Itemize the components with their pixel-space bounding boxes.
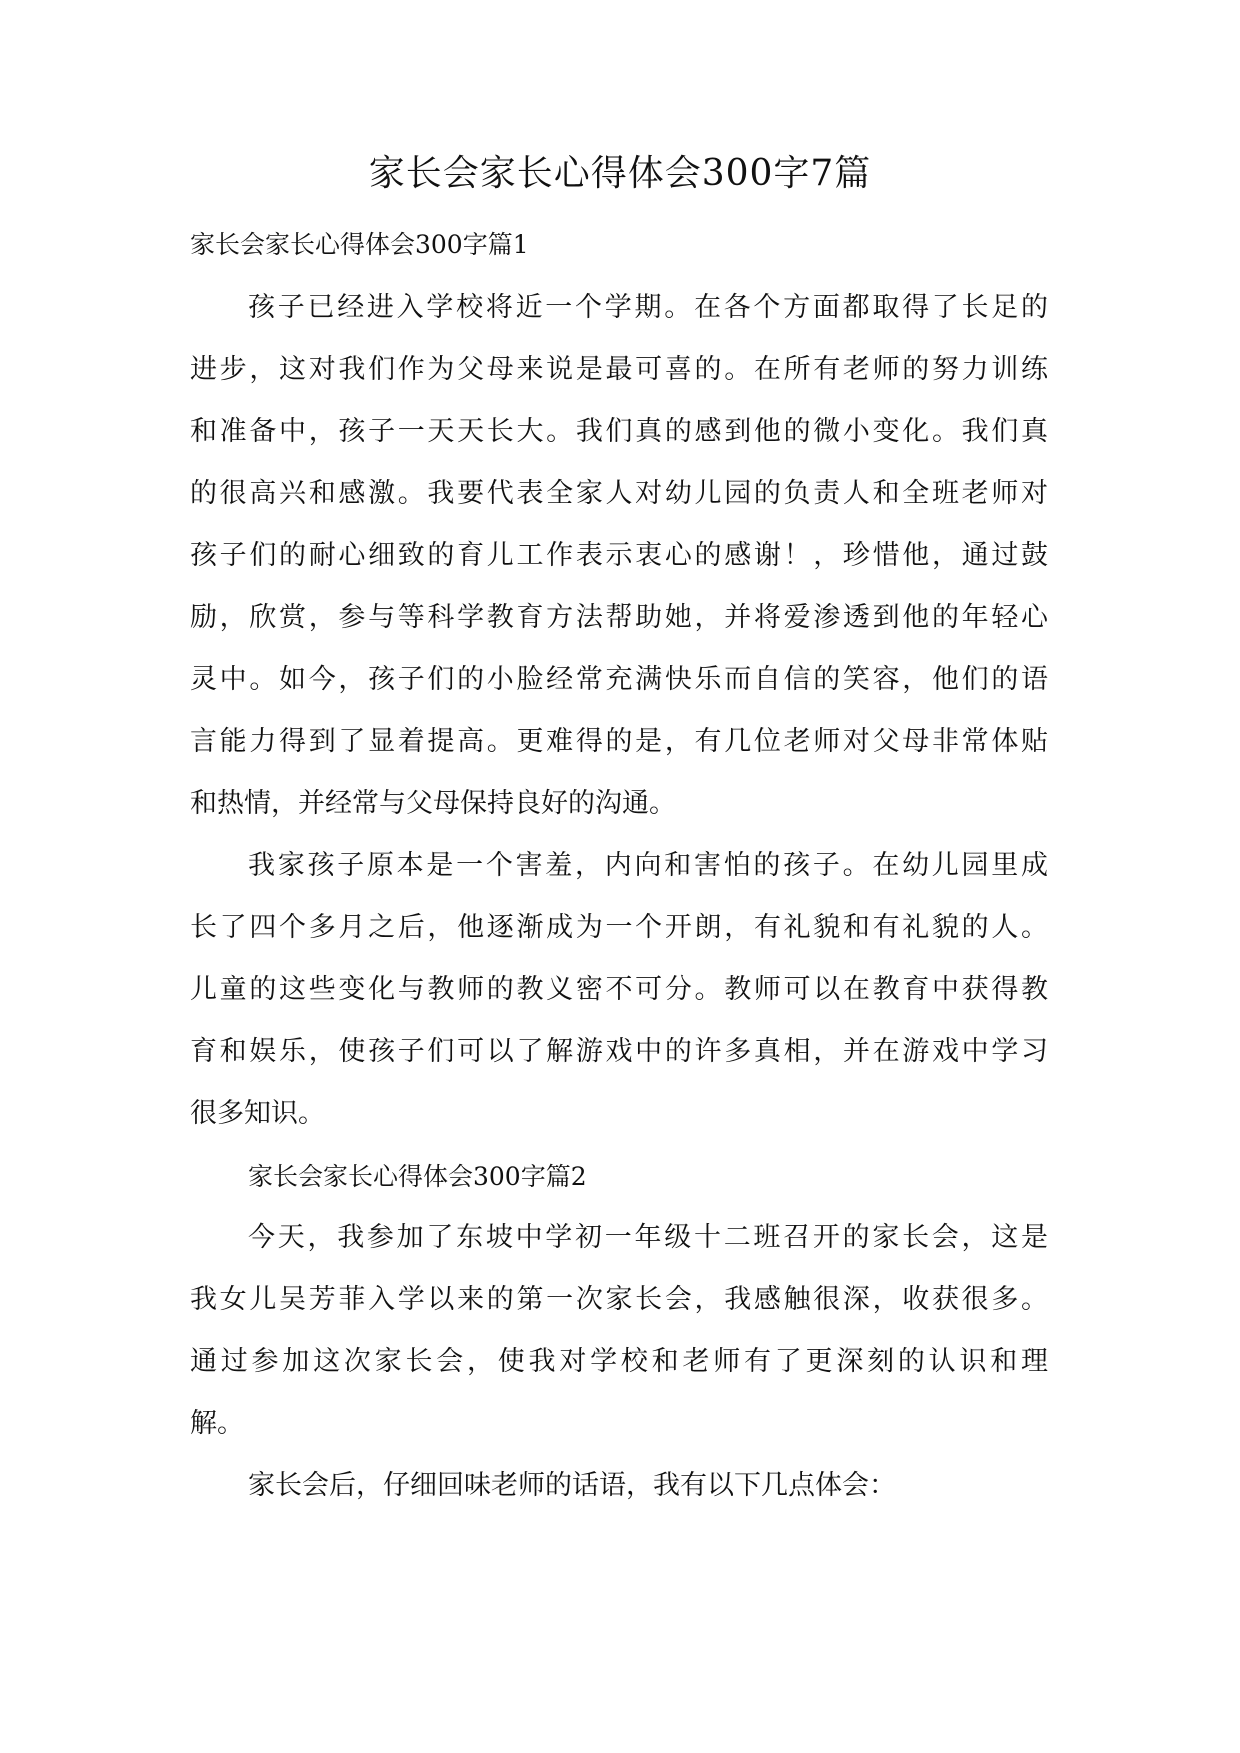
paragraph-line: 灵中。如今，孩子们的小脸经常充满快乐而自信的笑容，他们的语 [190, 662, 1048, 698]
paragraph-line: 我家孩子原本是一个害羞，内向和害怕的孩子。在幼儿园里成 [248, 848, 1048, 884]
section-heading-1: 家长会家长心得体会300字篇1 [190, 228, 529, 262]
paragraph-line: 孩子已经进入学校将近一个学期。在各个方面都取得了长足的 [248, 290, 1048, 326]
paragraph-line: 我女儿吴芳菲入学以来的第一次家长会，我感触很深，收获很多。 [190, 1282, 1048, 1318]
paragraph-line: 育和娱乐，使孩子们可以了解游戏中的许多真相，并在游戏中学习 [190, 1034, 1048, 1070]
section-heading-2: 家长会家长心得体会300字篇2 [248, 1160, 587, 1194]
paragraph-line: 和热情，并经常与父母保持良好的沟通。 [190, 786, 1048, 822]
paragraph-line: 解。 [190, 1406, 1048, 1442]
paragraph-line: 通过参加这次家长会，使我对学校和老师有了更深刻的认识和理 [190, 1344, 1048, 1380]
paragraph-line: 言能力得到了显着提高。更难得的是，有几位老师对父母非常体贴 [190, 724, 1048, 760]
paragraph-line: 孩子们的耐心细致的育儿工作表示衷心的感谢！，珍惜他，通过鼓 [190, 538, 1048, 574]
paragraph-line: 的很高兴和感激。我要代表全家人对幼儿园的负责人和全班老师对 [190, 476, 1048, 512]
paragraph-line: 励，欣赏，参与等科学教育方法帮助她，并将爱渗透到他的年轻心 [190, 600, 1048, 636]
document-title: 家长会家长心得体会300字7篇 [0, 152, 1240, 196]
paragraph-line: 很多知识。 [190, 1096, 1048, 1132]
paragraph-line: 长了四个多月之后，他逐渐成为一个开朗，有礼貌和有礼貌的人。 [190, 910, 1048, 946]
paragraph-line: 进步，这对我们作为父母来说是最可喜的。在所有老师的努力训练 [190, 352, 1048, 388]
document-page: 家长会家长心得体会300字7篇 家长会家长心得体会300字篇1 孩子已经进入学校… [0, 0, 1240, 1753]
paragraph-line: 家长会后，仔细回味老师的话语，我有以下几点体会： [248, 1468, 1048, 1504]
paragraph-line: 儿童的这些变化与教师的教义密不可分。教师可以在教育中获得教 [190, 972, 1048, 1008]
paragraph-line: 今天，我参加了东坡中学初一年级十二班召开的家长会，这是 [248, 1220, 1048, 1256]
paragraph-line: 和准备中，孩子一天天长大。我们真的感到他的微小变化。我们真 [190, 414, 1048, 450]
